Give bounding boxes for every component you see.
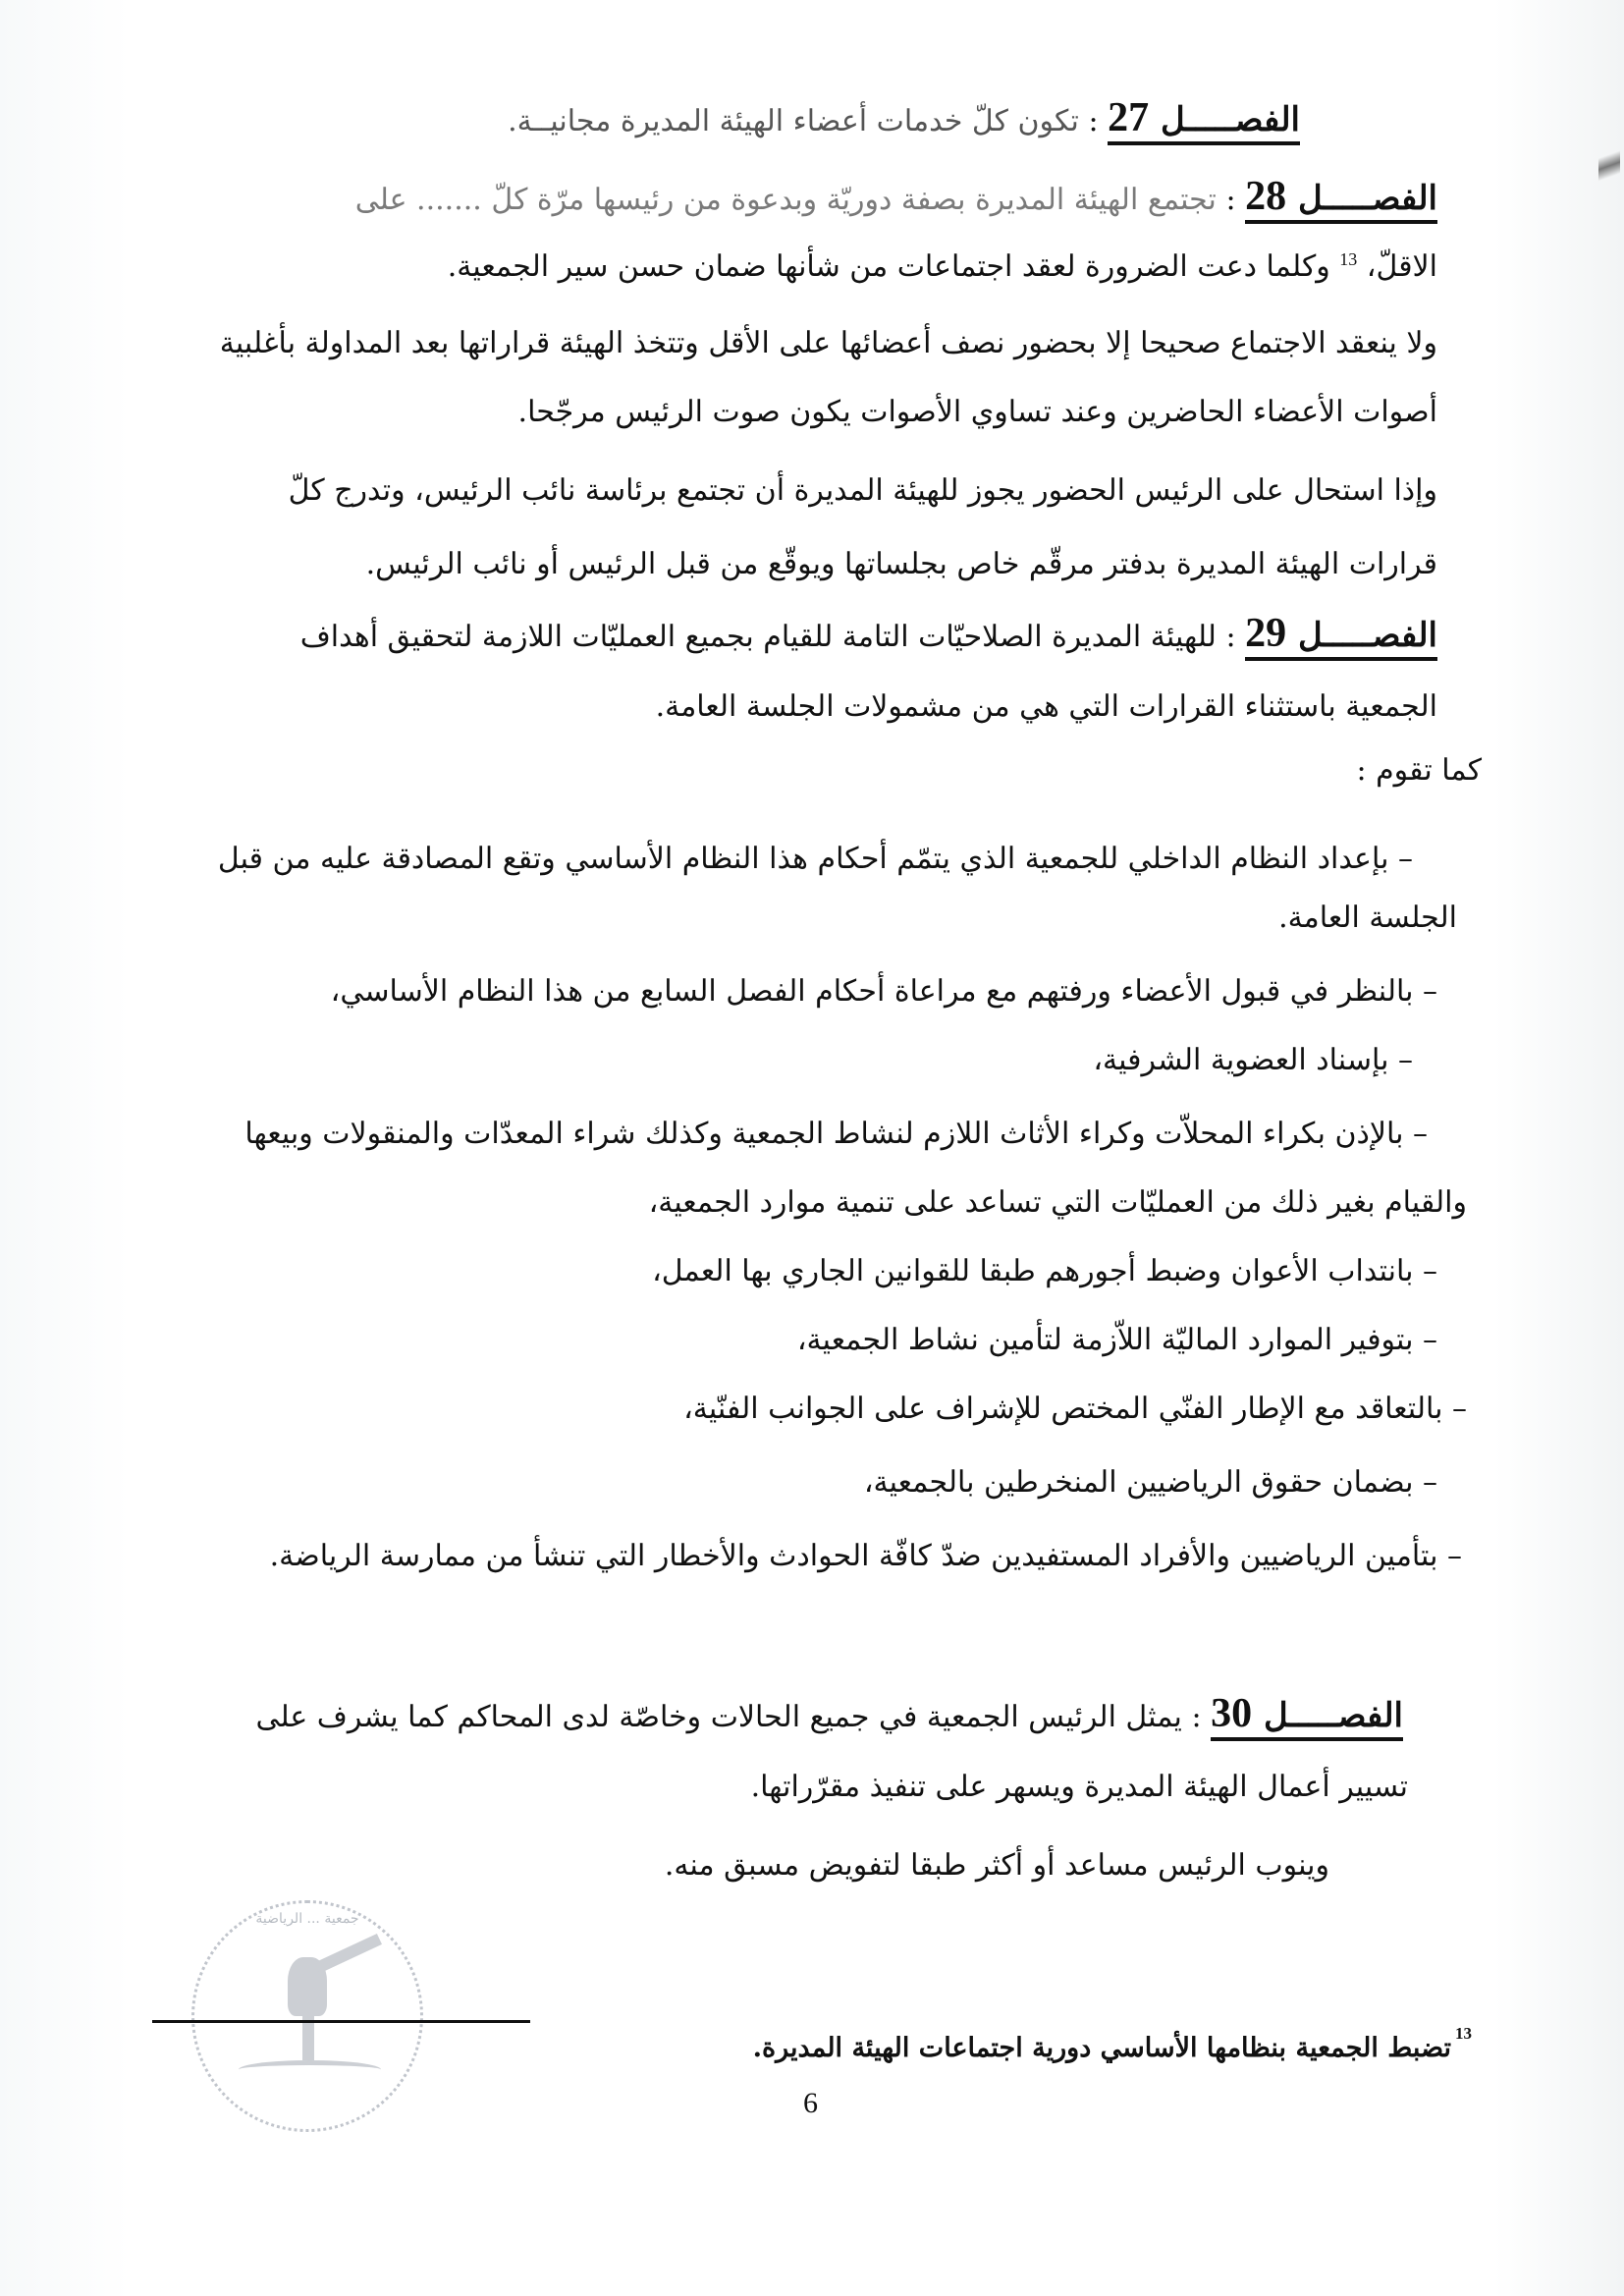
article-28-line-1: الفصـــــل 28 : تجتمع الهيئة المديرة بصف… [355, 177, 1437, 224]
list-item-2: – بالنظر في قبول الأعضاء ورفتهم مع مراعا… [331, 972, 1437, 1011]
list-item-4-cont: والقيام بغير ذلك من العمليّات التي تساعد… [649, 1183, 1467, 1223]
wave-icon [239, 2060, 381, 2079]
list-item-8: – بضمان حقوق الرياضيين المنخرطين بالجمعي… [864, 1463, 1437, 1503]
list-item-5: – بانتداب الأعوان وضبط أجورهم طبقا للقوا… [652, 1252, 1437, 1291]
article-29-line-1: الفصـــــل 29 : للهيئة المديرة الصلاحيّا… [300, 614, 1437, 661]
list-item-7: – بالتعاقد مع الإطار الفنّي المختص للإشر… [683, 1390, 1467, 1429]
list-item-1: – بإعداد النظام الداخلي للجمعية الذي يتم… [218, 840, 1413, 879]
article-27: الفصـــــل 27 : تكون كلّ خدمات أعضاء اله… [508, 98, 1300, 145]
article-28-line-2: الاقلّ، 13 وكلما دعت الضرورة لعقد اجتماع… [448, 240, 1437, 287]
article-30-line-3: وينوب الرئيس مساعد أو أكثر طبقا لتفويض م… [665, 1846, 1329, 1886]
footnote-13: 13تضبط الجمعية بنظامها الأساسي دورية اجت… [753, 2033, 1472, 2063]
footnote-separator [152, 2020, 530, 2023]
scan-edge-mark [1598, 128, 1620, 196]
list-item-9: – بتأمين الرياضيين والأفراد المستفيدين ض… [270, 1537, 1462, 1576]
article-29-line-2: الجمعية باستثناء القرارات التي هي من مشم… [656, 687, 1437, 727]
footnote-ref-13[interactable]: 13 [1339, 249, 1357, 269]
article-28-line-5: وإذا استحال على الرئيس الحضور يجوز للهيئ… [289, 471, 1437, 511]
article-28-line-6: قرارات الهيئة المديرة بدفتر مرقّم خاص بج… [366, 545, 1437, 584]
list-item-3: – بإسناد العضوية الشرفية، [1093, 1041, 1413, 1080]
article-27-heading: الفصـــــل 27 [1108, 98, 1300, 145]
list-item-6: – بتوفير الموارد الماليّة اللاّزمة لتأمي… [797, 1321, 1437, 1360]
list-item-4: – بالإذن بكراء المحلاّت وكراء الأثاث الل… [244, 1115, 1428, 1154]
page-number: 6 [803, 2087, 818, 2120]
article-27-text: تكون كلّ خدمات أعضاء الهيئة المديرة مجان… [508, 104, 1079, 138]
article-30-line-1: الفصـــــل 30 : يمثل الرئيس الجمعية في ج… [255, 1694, 1403, 1741]
article-30-line-2: تسيير أعمال الهيئة المديرة ويسهر على تنف… [751, 1768, 1408, 1807]
document-page: الفصـــــل 27 : تكون كلّ خدمات أعضاء اله… [0, 0, 1624, 2296]
association-stamp: جمعية ... الرياضية [191, 1900, 423, 2132]
article-30-heading: الفصـــــل 30 [1211, 1694, 1403, 1741]
list-item-1-cont: الجلسة العامة. [1278, 899, 1457, 938]
article-29-intro: كما تقوم : [1356, 751, 1482, 791]
article-28-line-3: ولا ينعقد الاجتماع صحيحا إلا بحضور نصف أ… [220, 324, 1437, 363]
article-28-line-4: أصوات الأعضاء الحاضرين وعند تساوي الأصوا… [518, 393, 1437, 432]
article-29-heading: الفصـــــل 29 [1245, 614, 1437, 661]
article-28-heading: الفصـــــل 28 [1245, 177, 1437, 224]
